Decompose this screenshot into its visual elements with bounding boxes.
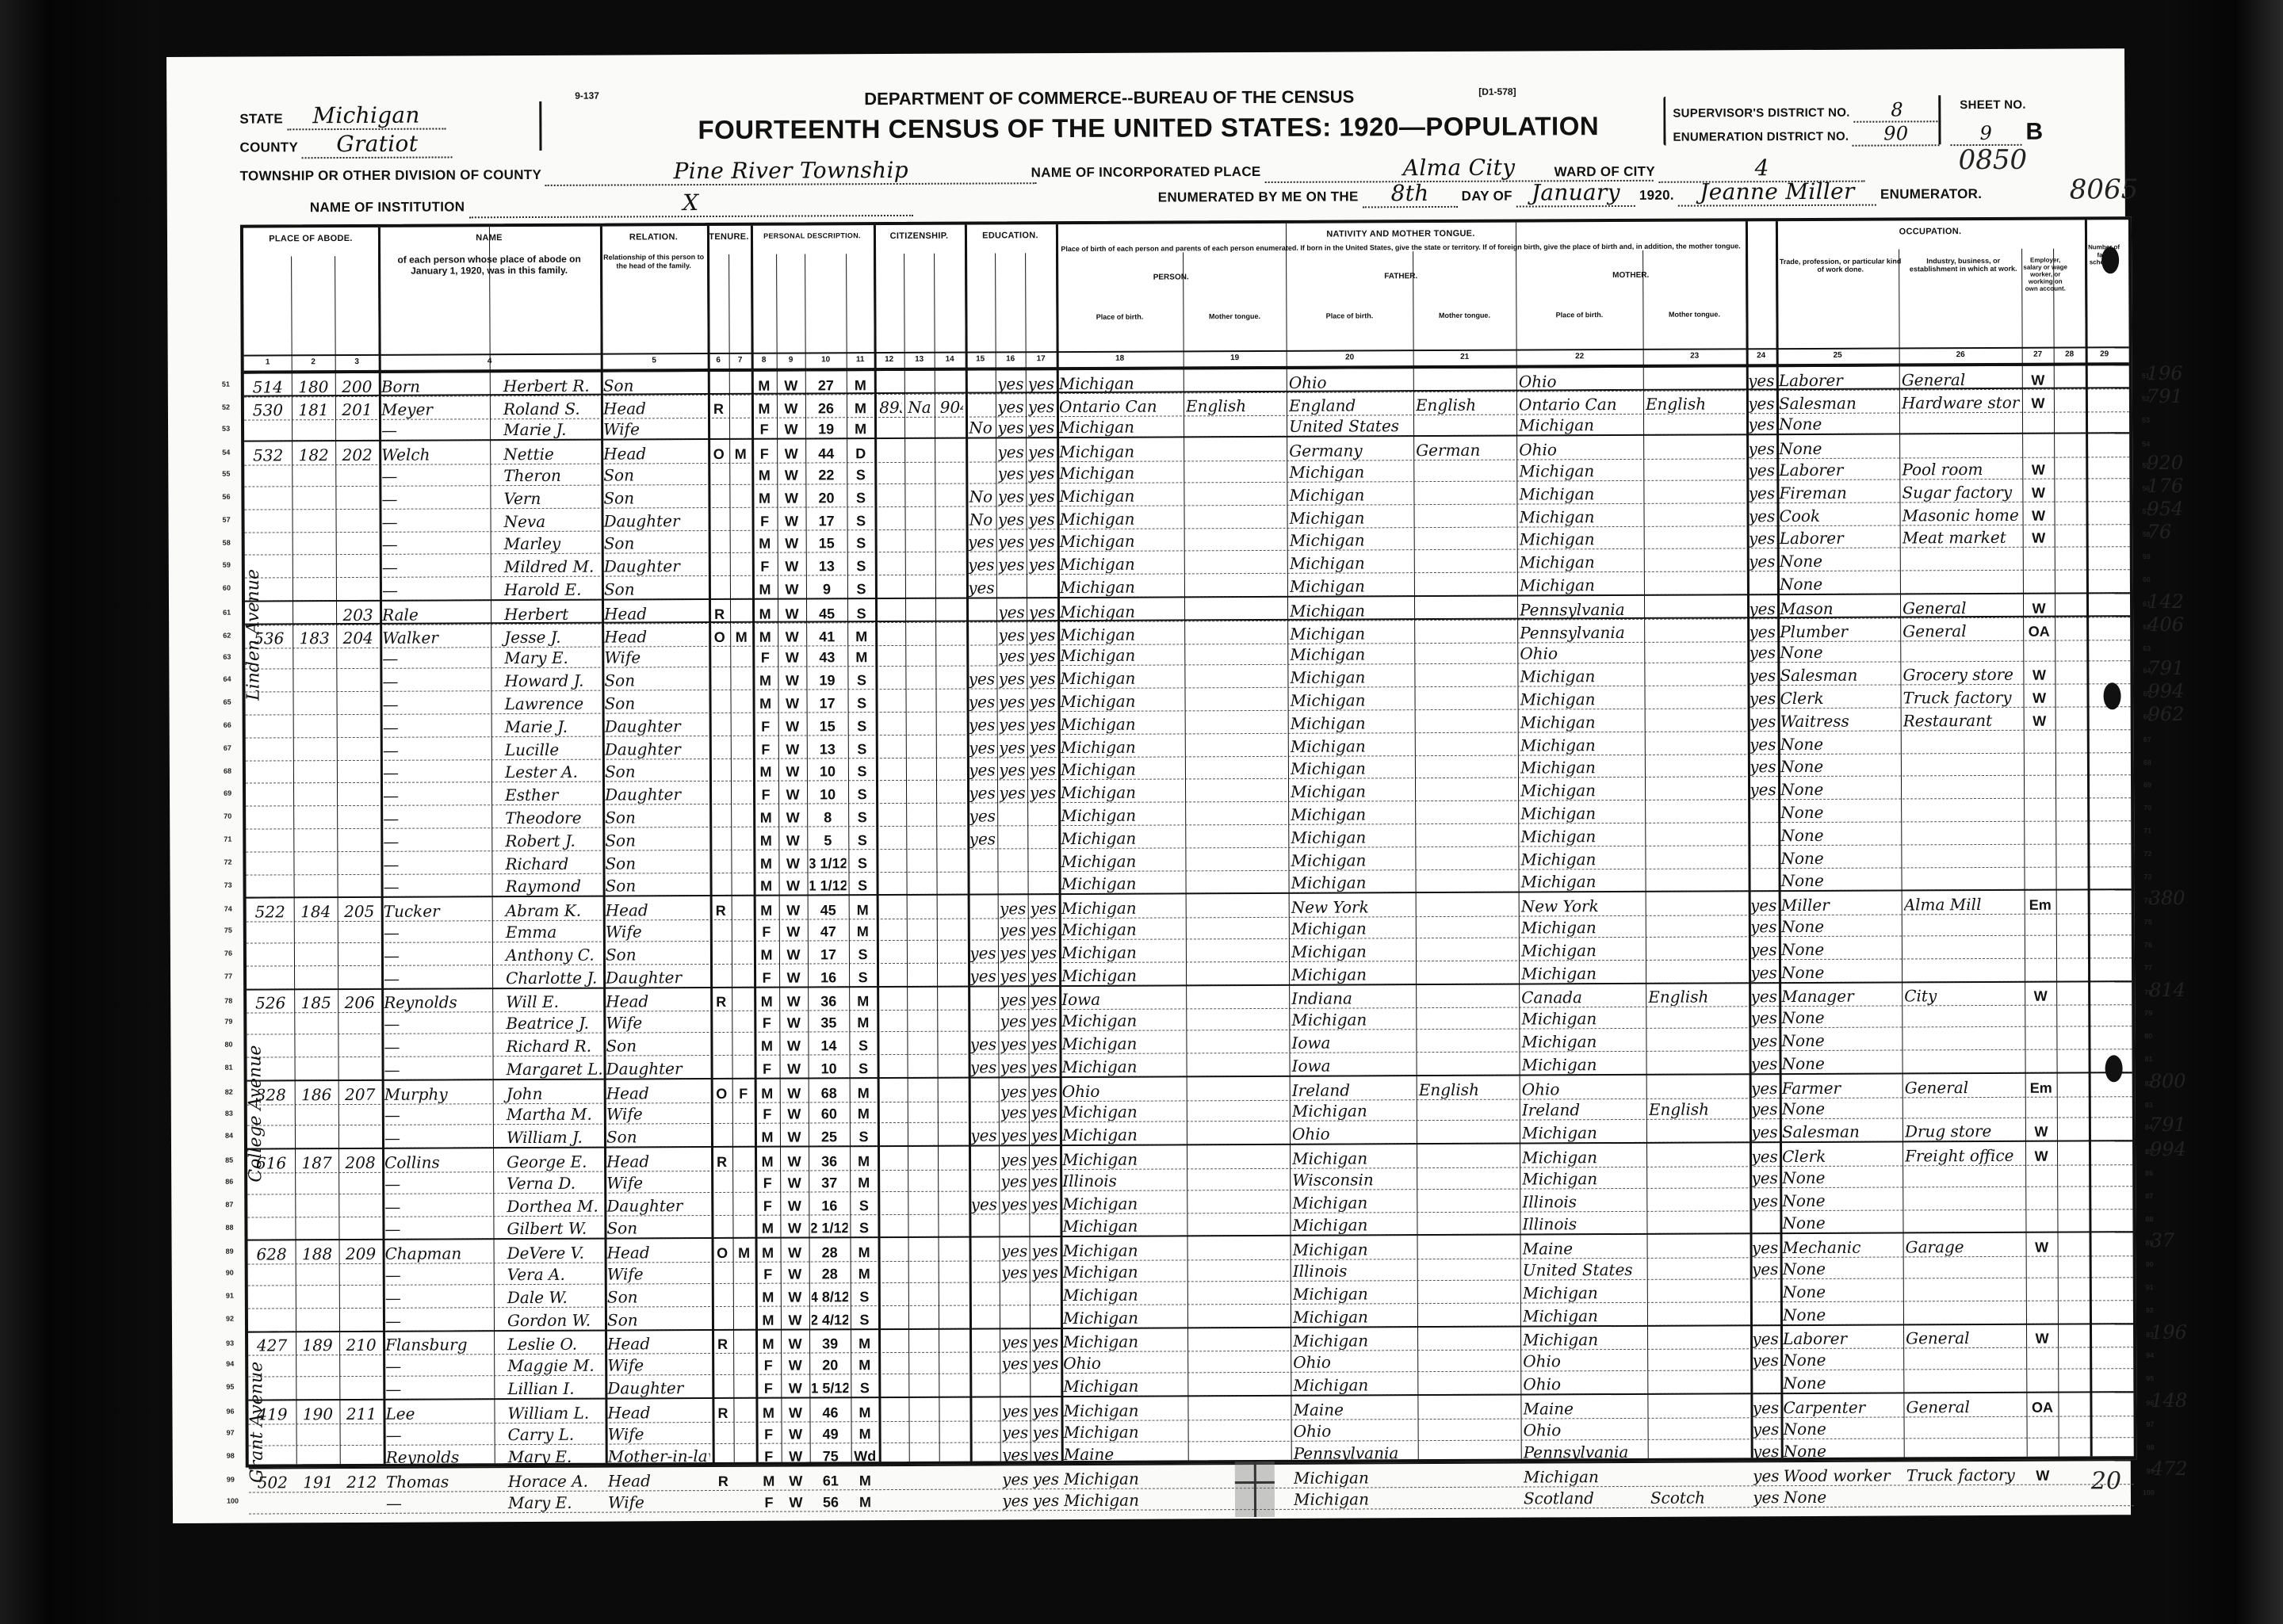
- cell-trade: None: [1783, 1301, 1901, 1324]
- cell-f-tongue: [1421, 1416, 1519, 1440]
- cell-industry: [1903, 730, 2021, 754]
- cell-tongue: [1187, 573, 1285, 597]
- cell-write: yes: [1028, 439, 1054, 463]
- cell-school: [972, 1305, 997, 1328]
- cell-school: [971, 1147, 996, 1171]
- cell-birth: Michigan: [1063, 1259, 1185, 1282]
- street-divider: [244, 372, 273, 373]
- line-number: 67: [224, 743, 231, 751]
- cell-m-tongue: [1647, 754, 1746, 778]
- cell-tongue: [1190, 1258, 1288, 1282]
- column-number: 20: [1287, 353, 1413, 362]
- cell-age: 49: [813, 1420, 849, 1443]
- cell-tenure: [713, 1123, 730, 1147]
- cell-tongue: [1188, 915, 1287, 939]
- cell-school: [968, 439, 993, 463]
- cell-dwelling: [296, 805, 335, 829]
- cell-f-birth: Michigan: [1291, 801, 1413, 824]
- cell-sex: M: [755, 575, 775, 599]
- cell-dwelling: [296, 874, 335, 898]
- cell-class: W: [2026, 707, 2053, 731]
- cell-immig: [878, 599, 903, 623]
- cell-m-tongue: [1646, 457, 1744, 481]
- cell-relation: Wife: [608, 1420, 710, 1444]
- cell-age: 2 1/12: [811, 1214, 847, 1238]
- cell-marital: M: [852, 1147, 875, 1171]
- cell-tenure: O: [711, 623, 728, 647]
- cell-class: OA: [2025, 617, 2052, 640]
- cell-tongue: [1187, 641, 1285, 665]
- cell-trade: None: [1783, 1278, 1901, 1301]
- occupation-code-stamp: 406: [2147, 613, 2184, 636]
- cell-immig: [881, 1330, 906, 1354]
- cell-industry: Hardware store: [1902, 389, 2020, 413]
- department-title: DEPARTMENT OF COMMERCE--BUREAU OF THE CE…: [864, 86, 1354, 109]
- column-number: 5: [601, 356, 708, 365]
- cell-family: 211: [342, 1400, 380, 1424]
- cell-school: [972, 1351, 997, 1374]
- cell-industry: Restaurant: [1903, 707, 2021, 731]
- cell-write: [1032, 1373, 1058, 1397]
- cell-tenure: [711, 690, 728, 713]
- cell-mortgage: [736, 1260, 753, 1284]
- cell-natyr: [938, 643, 964, 667]
- cell-marital: S: [853, 1374, 876, 1397]
- cell-class: [2026, 843, 2053, 867]
- cell-mortgage: [734, 896, 751, 920]
- cell-race: W: [782, 918, 805, 942]
- cell-marital: M: [853, 1259, 876, 1283]
- cell-birth: Michigan: [1060, 642, 1182, 666]
- cell-tongue: [1189, 1077, 1287, 1101]
- cell-f-birth: Michigan: [1290, 527, 1412, 551]
- cell-given: Gordon W.: [496, 1306, 614, 1330]
- cell-dwelling: [298, 1353, 337, 1377]
- sheet-side: B: [2025, 119, 2043, 145]
- cell-birth: Michigan: [1061, 895, 1184, 919]
- cell-age: 5: [809, 826, 846, 850]
- cell-dwelling: [299, 1490, 338, 1514]
- cell-f-birth: Michigan: [1290, 686, 1412, 710]
- cell-nat: [910, 1168, 935, 1192]
- cell-tongue: [1188, 1053, 1287, 1076]
- cell-f-tongue: [1417, 640, 1515, 664]
- cell-family: [342, 1422, 381, 1446]
- column-number: 25: [1776, 350, 1899, 360]
- cell-m-birth: Michigan: [1520, 686, 1642, 709]
- header-occupation: OCCUPATION. Trade, profession, or partic…: [1776, 220, 2086, 348]
- cell-f-tongue: [1418, 1052, 1516, 1076]
- cell-relation: Wife: [604, 644, 706, 668]
- cell-natyr: [939, 780, 965, 804]
- cell-family: [338, 691, 377, 715]
- cell-trade: None: [1780, 753, 1899, 777]
- cell-relation: Daughter: [606, 1055, 709, 1079]
- cell-trade: Salesman: [1780, 662, 1898, 686]
- cell-m-tongue: [1648, 959, 1746, 983]
- cell-f-birth: Michigan: [1289, 458, 1411, 482]
- cell-write: yes: [1033, 1419, 1059, 1442]
- cell-school: [970, 896, 996, 919]
- cell-immig: [881, 1282, 906, 1306]
- cell-marital: S: [850, 667, 873, 690]
- cell-f-tongue: [1417, 549, 1515, 573]
- cell-nat: [909, 987, 935, 1011]
- cell-natyr: [938, 575, 964, 598]
- cell-class: [2029, 1437, 2056, 1461]
- cell-school: [969, 643, 994, 667]
- cell-birth: Michigan: [1061, 961, 1184, 985]
- cell-class: W: [2025, 501, 2052, 525]
- cell-natyr: [940, 1078, 966, 1102]
- cell-immig: [880, 1214, 905, 1238]
- cell-f-birth: Ohio: [1294, 1417, 1416, 1441]
- cell-m-tongue: [1646, 571, 1745, 595]
- cell-m-tongue: [1646, 640, 1745, 663]
- cell-marital: S: [851, 803, 874, 827]
- cell-race: W: [784, 1442, 808, 1466]
- cell-tongue: [1189, 1190, 1287, 1213]
- cell-mortgage: [736, 1306, 753, 1330]
- cell-nat: [908, 826, 934, 850]
- cell-relation: Head: [607, 1399, 709, 1423]
- cell-surname: —: [383, 850, 489, 874]
- cell-dwelling: [296, 919, 335, 943]
- cell-write: yes: [1031, 916, 1057, 940]
- cell-dwelling: [297, 1194, 336, 1217]
- cell-dwelling: 188: [298, 1240, 337, 1264]
- line-number: 94: [226, 1360, 234, 1368]
- cell-relation: Mother-in-law: [608, 1443, 710, 1467]
- cell-surname: —: [384, 1033, 490, 1057]
- cell-trade: Plumber: [1780, 617, 1898, 641]
- cell-marital: S: [852, 1123, 875, 1147]
- cell-industry: [1904, 1003, 2022, 1027]
- cell-marital: S: [852, 1191, 875, 1215]
- cell-english: [1752, 1210, 1777, 1234]
- cell-m-birth: Ontario Can: [1519, 391, 1641, 415]
- cell-sex: M: [756, 896, 777, 920]
- cell-school: [970, 917, 996, 941]
- cell-english: yes: [1753, 1416, 1778, 1439]
- cell-f-tongue: [1418, 938, 1516, 961]
- cell-m-birth: Maine: [1523, 1235, 1645, 1259]
- cell-race: W: [781, 826, 805, 850]
- cell-race: W: [779, 461, 803, 485]
- cell-age: 68: [811, 1079, 847, 1102]
- cell-f-tongue: [1420, 1396, 1518, 1420]
- occupation-code-stamp: 814: [2149, 978, 2185, 1000]
- cell-marital: D: [849, 440, 872, 464]
- cell-nat: [907, 483, 932, 507]
- cell-f-birth: Michigan: [1292, 1189, 1414, 1213]
- cell-school: [973, 1488, 998, 1511]
- occupation-code-stamp: 954: [2147, 498, 2183, 520]
- cell-marital: M: [851, 1009, 874, 1033]
- cell-mortgage: [732, 552, 750, 576]
- cell-age: 16: [810, 963, 847, 987]
- sheet-label: SHEET NO.: [1960, 98, 2026, 112]
- cell-nat: [910, 1099, 935, 1123]
- cell-birth: Ohio: [1062, 1077, 1184, 1101]
- street-divider: [247, 897, 275, 899]
- cell-race: W: [783, 1260, 807, 1284]
- line-number: 75: [2144, 918, 2152, 926]
- cell-m-birth: Michigan: [1522, 1119, 1644, 1143]
- line-number: 58: [223, 538, 231, 546]
- cell-tenure: R: [710, 395, 727, 418]
- cell-relation: Daughter: [605, 781, 707, 804]
- cell-trade: None: [1782, 1095, 1900, 1119]
- cell-surname: —: [386, 1489, 492, 1513]
- cell-trade: None: [1780, 730, 1899, 754]
- cell-read: yes: [1003, 1487, 1028, 1511]
- line-number: 70: [224, 812, 231, 820]
- cell-marital: M: [849, 415, 872, 439]
- cell-english: yes: [1752, 1164, 1777, 1188]
- cell-tenure: R: [711, 600, 728, 624]
- cell-nat: [911, 1351, 936, 1374]
- cell-family: [339, 828, 378, 852]
- cell-school: yes: [970, 939, 996, 963]
- cell-f-birth: England: [1289, 392, 1411, 415]
- cell-surname: Collins: [384, 1148, 491, 1172]
- cell-trade: Carpenter: [1783, 1393, 1901, 1417]
- cell-natyr: [937, 506, 963, 529]
- cell-age: 16: [811, 1191, 847, 1215]
- cell-tenure: [712, 736, 728, 759]
- cell-sex: M: [757, 1079, 778, 1102]
- cell-nat: [908, 757, 934, 781]
- cell-mortgage: [732, 644, 750, 667]
- cell-age: 27: [808, 371, 844, 395]
- cell-tongue: [1190, 1372, 1288, 1396]
- cell-marital: M: [851, 988, 874, 1011]
- cell-school: yes: [970, 1053, 996, 1077]
- cell-industry: Truck factory: [1906, 1462, 2025, 1485]
- cell-relation: Daughter: [607, 1374, 709, 1398]
- cell-tenure: [714, 1283, 731, 1307]
- cell-industry: [1903, 798, 2021, 822]
- cell-immig: [878, 849, 904, 873]
- cell-race: W: [780, 644, 804, 667]
- cell-birth: Michigan: [1061, 1007, 1184, 1031]
- line-number: 85: [225, 1156, 233, 1164]
- cell-dwelling: [297, 1171, 336, 1194]
- line-number: 100: [2143, 1488, 2155, 1496]
- cell-f-tongue: [1417, 663, 1515, 687]
- cell-immig: [877, 506, 902, 530]
- cell-m-birth: Maine: [1523, 1395, 1645, 1419]
- line-number: 54: [2142, 440, 2150, 448]
- cell-tenure: [714, 1351, 731, 1375]
- cell-mortgage: [732, 529, 750, 553]
- cell-family: [342, 1444, 381, 1468]
- cell-relation: Son: [604, 690, 706, 713]
- cell-read: yes: [1000, 916, 1026, 940]
- cell-tenure: [711, 575, 728, 599]
- cell-tongue: [1187, 687, 1285, 711]
- cell-tenure: [713, 1215, 730, 1239]
- cell-read: yes: [1002, 1329, 1027, 1353]
- bottom-margin-note: 20: [2091, 1467, 2121, 1495]
- cell-m-birth: Illinois: [1522, 1188, 1644, 1212]
- cell-nat: [910, 1079, 935, 1102]
- cell-m-birth: Michigan: [1520, 548, 1642, 572]
- cell-mortgage: [732, 461, 749, 485]
- cell-relation: Head: [606, 1148, 709, 1171]
- cell-write: yes: [1031, 1122, 1057, 1145]
- cell-class: W: [2029, 1324, 2055, 1348]
- cell-age: 9: [809, 575, 845, 598]
- cell-nat: [909, 1031, 935, 1055]
- cell-f-birth: Michigan: [1291, 709, 1413, 733]
- cell-race: W: [781, 735, 805, 759]
- cell-m-tongue: [1648, 892, 1746, 916]
- cell-marital: S: [849, 483, 872, 507]
- cell-english: yes: [1753, 1463, 1779, 1487]
- cell-write: yes: [1030, 780, 1056, 804]
- cell-school: [969, 848, 995, 872]
- cell-immig: [877, 439, 902, 463]
- cell-m-birth: Michigan: [1519, 503, 1641, 527]
- line-number: 59: [2143, 552, 2151, 560]
- cell-marital: S: [850, 529, 873, 553]
- margin-stamp-enumerator: 8065: [2070, 174, 2139, 205]
- cell-relation: Son: [605, 873, 707, 896]
- cell-marital: S: [851, 1031, 874, 1055]
- cell-industry: [1906, 1255, 2024, 1278]
- cell-sex: M: [755, 529, 775, 553]
- cell-tenure: [710, 484, 727, 508]
- cell-mortgage: [732, 507, 749, 531]
- cell-sex: M: [755, 872, 776, 896]
- cell-relation: Son: [605, 759, 707, 782]
- cell-age: 17: [810, 940, 847, 964]
- cell-birth: Michigan: [1059, 482, 1181, 506]
- cell-surname: —: [386, 1421, 492, 1445]
- cell-m-birth: Michigan: [1519, 480, 1641, 504]
- cell-dwelling: [296, 942, 335, 966]
- cell-class: [2029, 1346, 2055, 1370]
- cell-nat: [908, 643, 933, 667]
- cell-m-birth: Canada: [1521, 984, 1643, 1007]
- cell-write: yes: [1033, 1487, 1059, 1511]
- cell-read: yes: [998, 393, 1023, 417]
- cell-read: yes: [1000, 939, 1026, 963]
- cell-industry: General: [1906, 1393, 2024, 1417]
- cell-race: W: [783, 1305, 807, 1329]
- cell-sex: F: [756, 1055, 777, 1079]
- line-number: 77: [2144, 964, 2152, 972]
- cell-birth: Michigan: [1063, 1373, 1185, 1397]
- cell-relation: Son: [606, 941, 708, 965]
- cell-surname: —: [383, 759, 489, 783]
- cell-class: [2027, 1049, 2054, 1073]
- cell-industry: [1903, 844, 2021, 868]
- cell-birth: Michigan: [1061, 916, 1184, 940]
- cell-school: yes: [969, 666, 994, 690]
- cell-nat: [908, 666, 933, 690]
- cell-race: W: [780, 690, 804, 713]
- cell-school: [971, 1167, 996, 1191]
- cell-read: yes: [1002, 1397, 1027, 1421]
- cell-family: [340, 942, 379, 966]
- cell-family: [342, 1376, 380, 1400]
- cell-surname: —: [384, 1011, 490, 1034]
- cell-m-tongue: [1647, 868, 1746, 892]
- cell-m-birth: Ohio: [1524, 1416, 1646, 1440]
- cell-given: Will E.: [495, 988, 612, 1012]
- cell-sex: F: [759, 1442, 779, 1466]
- cell-trade: Cook: [1779, 502, 1897, 525]
- institution-field: NAME OF INSTITUTION X: [310, 189, 913, 219]
- cell-tenure: [711, 644, 728, 668]
- cell-given: Carry L.: [497, 1420, 614, 1444]
- cell-f-birth: Michigan: [1291, 915, 1413, 938]
- cell-given: Nettie: [492, 441, 610, 464]
- line-number: 60: [223, 584, 231, 592]
- cell-tongue: [1186, 459, 1284, 483]
- cell-trade: None: [1783, 1415, 1901, 1439]
- cell-f-tongue: English: [1416, 391, 1514, 415]
- cell-tongue: [1188, 938, 1287, 962]
- cell-m-tongue: [1647, 731, 1746, 755]
- cell-tongue: [1187, 527, 1285, 551]
- enumerated-day: 8th: [1363, 180, 1458, 208]
- cell-school: [968, 460, 993, 484]
- cell-tenure: [713, 1101, 730, 1125]
- cell-sex: F: [754, 440, 774, 464]
- cell-surname: —: [381, 485, 488, 509]
- cell-f-tongue: [1420, 1280, 1518, 1304]
- street-label: Linden Avenue: [243, 372, 269, 897]
- line-number: 72: [2143, 850, 2151, 858]
- cell-f-tongue: [1419, 1120, 1517, 1144]
- cell-school: [973, 1419, 998, 1442]
- cell-race: W: [782, 1079, 806, 1102]
- cell-m-birth: New York: [1521, 892, 1643, 916]
- cell-mortgage: [733, 827, 751, 850]
- cell-read: yes: [999, 666, 1024, 690]
- cell-mortgage: [732, 690, 750, 713]
- cell-sex: F: [756, 1009, 777, 1033]
- cell-nat: [912, 1466, 937, 1490]
- cell-tongue: [1186, 413, 1284, 437]
- cell-dwelling: [295, 532, 334, 556]
- cell-school: yes: [970, 962, 996, 986]
- cell-trade: Clerk: [1782, 1143, 1900, 1167]
- cell-race: W: [782, 1214, 806, 1238]
- cell-nat: [909, 896, 935, 919]
- cell-race: W: [782, 940, 805, 964]
- cell-read: yes: [998, 370, 1023, 394]
- cell-industry: General: [1902, 366, 2020, 390]
- cell-school: [972, 1397, 997, 1421]
- occupation-code-stamp: 791: [2150, 1114, 2186, 1136]
- cell-tongue: [1186, 369, 1284, 393]
- cell-tongue: [1187, 869, 1286, 893]
- cell-marital: S: [850, 689, 873, 713]
- cell-f-birth: Ohio: [1289, 369, 1411, 392]
- cell-write: yes: [1029, 598, 1055, 622]
- cell-m-tongue: [1646, 411, 1744, 435]
- cell-m-birth: Michigan: [1521, 1005, 1643, 1029]
- line-number: 52: [222, 403, 230, 411]
- cell-given: Horace A.: [497, 1468, 614, 1492]
- cell-surname: —: [384, 919, 490, 942]
- county-value: Gratiot: [302, 130, 453, 159]
